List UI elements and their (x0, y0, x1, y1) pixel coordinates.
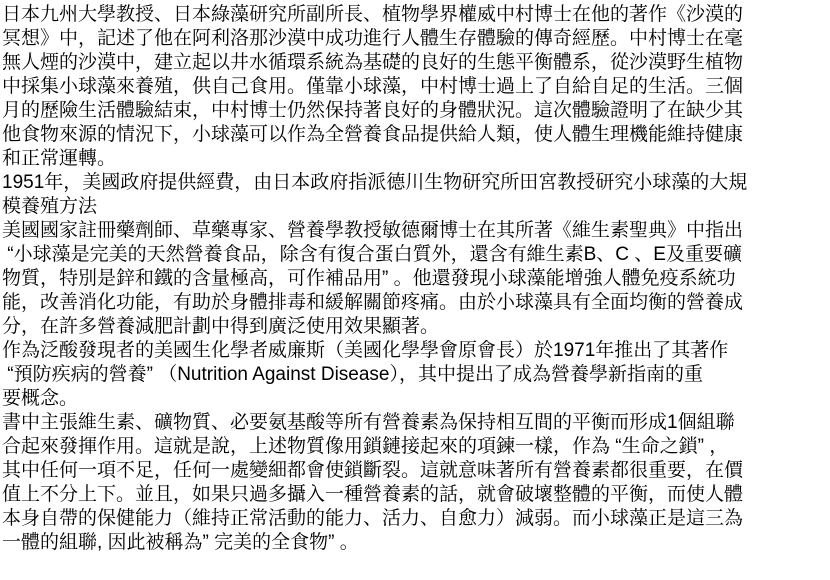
paragraph-desert-experiment: 日本九州大學教授、日本綠藻研究所副所長、植物學界權威中村博士在他的著作《沙漠的 … (2, 3, 828, 171)
paragraph-williams-book: 作為泛酸發現者的美國生化學者威廉斯（美國化學學會原會長）於1971年推出了其著作… (2, 339, 828, 411)
paragraph-mindell-vitamin-bible: 美國國家註冊藥劑師、草藥專家、營養學教授敏德爾博士在其所著《維生素聖典》中指出 … (2, 219, 828, 339)
paragraph-1951-research: 1951年，美國政府提供經費，由日本政府指派德川生物研究所田宮教授研究小球藻的大… (2, 171, 828, 219)
document-text: 日本九州大學教授、日本綠藻研究所副所長、植物學界權威中村博士在他的著作《沙漠的 … (0, 0, 830, 555)
paragraph-chain-of-life: 書中主張維生素、礦物質、必要氨基酸等所有營養素為保持相互間的平衡而形成1個組聯 … (2, 411, 828, 555)
